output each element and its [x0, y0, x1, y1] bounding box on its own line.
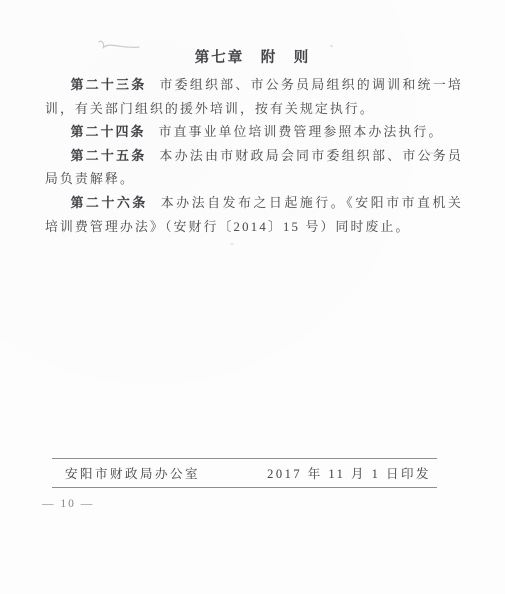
article-23-label: 第二十三条: [71, 78, 147, 92]
article-23: 第二十三条市委组织部、市公务员局组织的调训和统一培训，有关部门组织的援外培训，按…: [45, 74, 463, 121]
article-25-label: 第二十五条: [71, 149, 147, 163]
chapter-title: 第七章 附 则: [0, 46, 505, 67]
article-25: 第二十五条本办法由市财政局会同市委组织部、市公务员局负责解释。: [45, 145, 463, 192]
scan-speck: [230, 243, 234, 245]
document-body: 第二十三条市委组织部、市公务员局组织的调训和统一培训，有关部门组织的援外培训，按…: [45, 74, 463, 239]
article-24: 第二十四条市直事业单位培训费管理参照本办法执行。: [45, 121, 463, 145]
footer-row: 安阳市财政局办公室 2017 年 11 月 1 日印发: [52, 459, 437, 487]
footer-imprint: 安阳市财政局办公室 2017 年 11 月 1 日印发: [52, 458, 437, 488]
article-24-text: 市直事业单位培训费管理参照本办法执行。: [159, 125, 444, 139]
article-26-label: 第二十六条: [71, 196, 148, 210]
page-number: — 10 —: [42, 498, 94, 510]
scanned-document-page: 第七章 附 则 第二十三条市委组织部、市公务员局组织的调训和统一培训，有关部门组…: [0, 0, 505, 594]
article-24-label: 第二十四条: [71, 125, 146, 139]
article-26: 第二十六条本办法自发布之日起施行。《安阳市市直机关培训费管理办法》（安财行〔20…: [45, 192, 463, 239]
footer-issuing-office: 安阳市财政局办公室: [65, 464, 200, 482]
footer-print-date: 2017 年 11 月 1 日印发: [267, 464, 431, 482]
